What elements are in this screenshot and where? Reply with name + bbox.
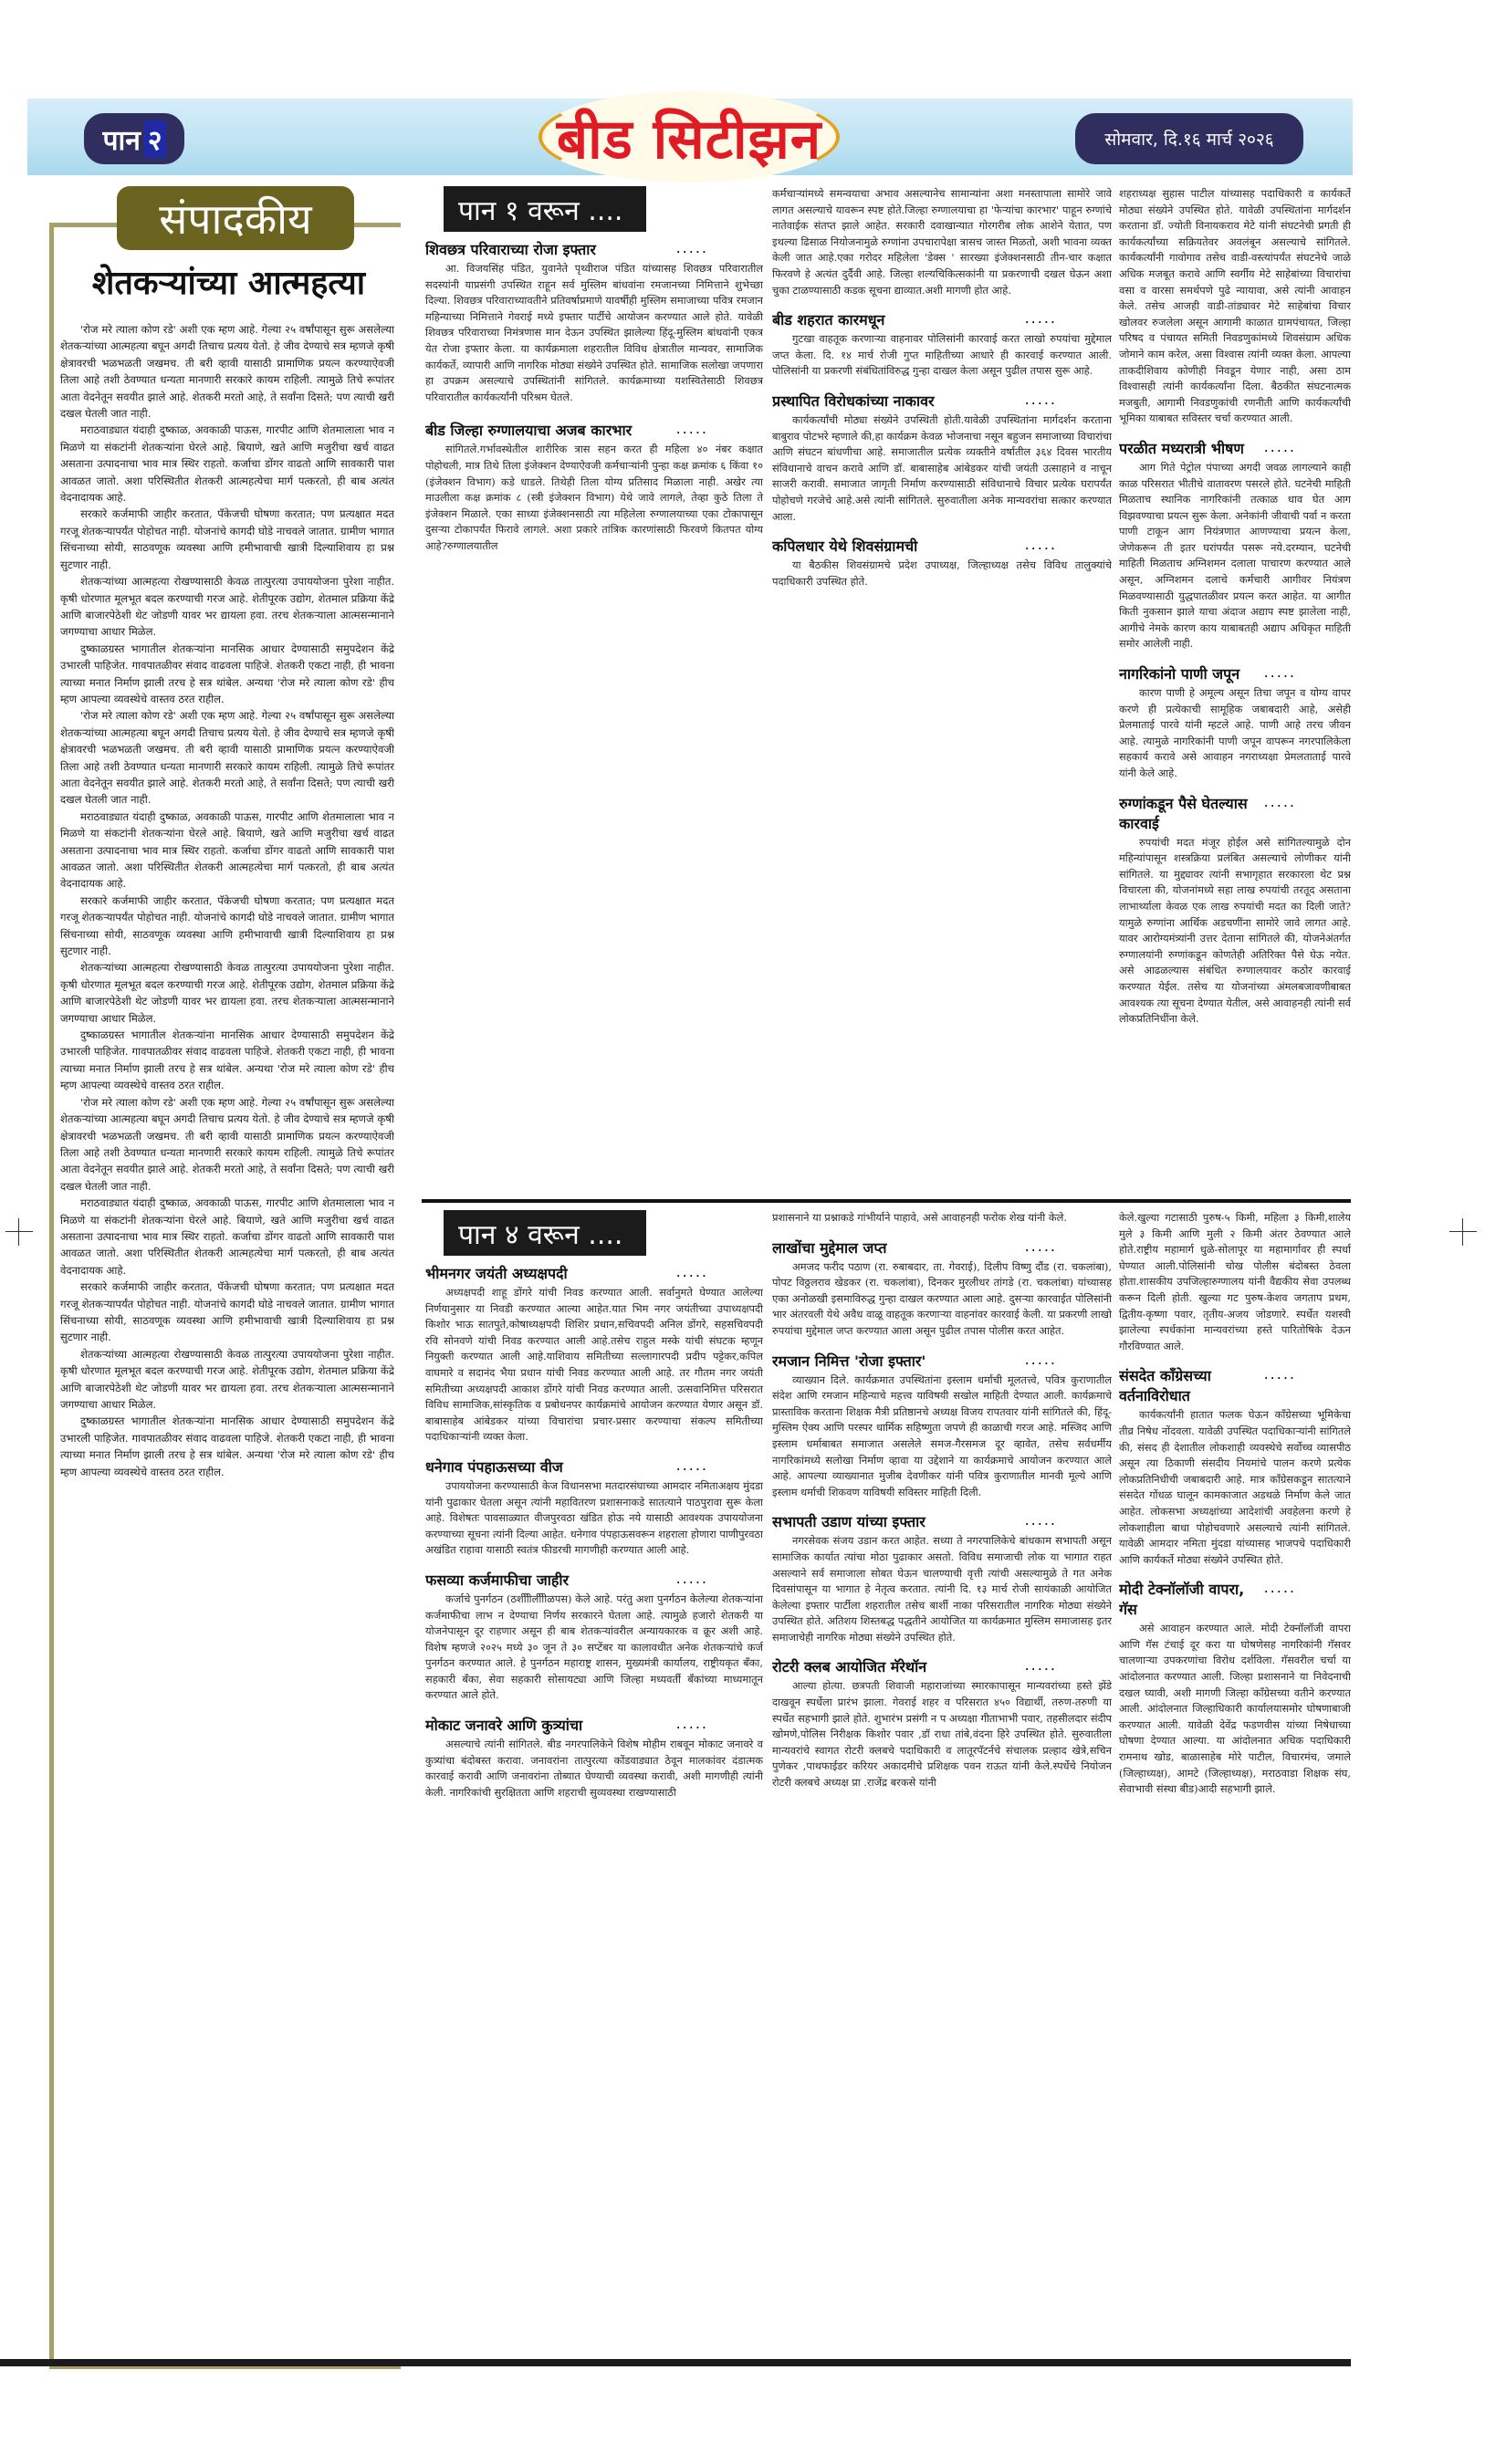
- article: परळीत मध्यरात्री भीषण..... आग गिते पेट्र…: [1119, 438, 1351, 653]
- p4-column-3: केले.खुल्या गटासाठी पुरुष-५ किमी, महिला …: [1119, 1210, 1351, 2354]
- registration-mark-left: [5, 1218, 33, 1246]
- page-bottom-rule: [0, 2359, 1351, 2366]
- article: रमजान निमित्त 'रोजा इफ्तार'..... व्याख्य…: [772, 1351, 1112, 1501]
- p4-column-1: भीमनगर जयंती अध्यक्षपदी..... अध्यक्षपदी …: [425, 1263, 763, 2354]
- article: कर्मचाऱ्यांमध्ये समन्वयाचा अभाव असल्याने…: [772, 186, 1112, 298]
- editorial-paragraph: मराठवाड्यात यंदाही दुष्काळ, अवकाळी पाऊस,…: [60, 1195, 394, 1279]
- editorial-paragraph: मराठवाड्यात यंदाही दुष्काळ, अवकाळी पाऊस,…: [60, 809, 394, 893]
- section-header-continued-from-page-4: पान ४ वरून ....: [444, 1210, 646, 1256]
- editorial-section: संपादकीय शेतकऱ्यांच्या आत्महत्या 'रोज मर…: [37, 186, 397, 2373]
- article-body: प्रशासनाने या प्रश्नाकडे गांभीर्याने पाह…: [772, 1210, 1112, 1227]
- article-headline: फसव्या कर्जमाफीचा जाहीर.....: [425, 1570, 763, 1590]
- section-divider: [422, 1199, 1351, 1203]
- article-headline: सभापती उडाण यांच्या इफ्तार.....: [772, 1511, 1112, 1531]
- editorial-paragraph: शेतकऱ्यांच्या आत्महत्या रोखण्यासाठी केवळ…: [60, 1346, 394, 1414]
- article-headline: शिवछत्र परिवाराच्या रोजा इफ्तार.....: [425, 239, 763, 259]
- article-headline: मोदी टेक्नॉलॉजी वापरा, गॅस.....: [1119, 1579, 1351, 1619]
- article-body: आग गिते पेट्रोल पंपाच्या अगदी जवळ लागल्य…: [1119, 460, 1351, 653]
- article: केले.खुल्या गटासाठी पुरुष-५ किमी, महिला …: [1119, 1210, 1351, 1354]
- article: बीड शहरात कारमधून..... गुटखा वाहतूक करणा…: [772, 309, 1112, 380]
- section-header-continued-from-page-1: पान १ वरून ....: [444, 186, 646, 232]
- article-body: असे आवाहन करण्यात आले. मोदी टेक्नॉलॉजी व…: [1119, 1621, 1351, 1798]
- article-body: अध्यक्षपदी शाहू डोंगरे यांची निवड करण्या…: [425, 1285, 763, 1446]
- article-body: आ. विजयसिंह पंडित, युवानेते पृथ्वीराज पं…: [425, 261, 763, 405]
- article-headline: रोटरी क्लब आयोजित मॅरेथॉन.....: [772, 1656, 1112, 1676]
- editorial-body: 'रोज मरे त्याला कोण रडे' अशी एक म्हण आहे…: [60, 321, 394, 2365]
- article-body: कर्मचाऱ्यांमध्ये समन्वयाचा अभाव असल्याने…: [772, 186, 1112, 298]
- article: शिवछत्र परिवाराच्या रोजा इफ्तार..... आ. …: [425, 239, 763, 405]
- article: मोदी टेक्नॉलॉजी वापरा, गॅस..... असे आवाह…: [1119, 1579, 1351, 1798]
- issue-date: सोमवार, दि.१६ मार्च २०२६: [1075, 113, 1303, 164]
- editorial-paragraph: 'रोज मरे त्याला कोण रडे' अशी एक म्हण आहे…: [60, 321, 394, 422]
- article-body: अमजद फरीद पठाण (रा. रुबाबदार, ता. गेवराई…: [772, 1259, 1112, 1340]
- article: मोकाट जनावरे आणि कुत्र्यांचा..... असल्या…: [425, 1715, 763, 1801]
- registration-mark-right: [1449, 1218, 1477, 1246]
- editorial-paragraph: दुष्काळग्रस्त भागातील शेतकऱ्यांना मानसिक…: [60, 1027, 394, 1094]
- article-body: व्याख्यान दिले. कार्यक्रमात उपस्थितांना …: [772, 1373, 1112, 1501]
- article: प्रशासनाने या प्रश्नाकडे गांभीर्याने पाह…: [772, 1210, 1112, 1227]
- article: बीड जिल्हा रुग्णालयाचा अजब कारभार..... स…: [425, 420, 763, 554]
- article-headline: धनेगाव पंपहाऊसच्या वीज.....: [425, 1456, 763, 1477]
- p1-column-1: शिवछत्र परिवाराच्या रोजा इफ्तार..... आ. …: [425, 239, 763, 1188]
- article: सभापती उडाण यांच्या इफ्तार..... नगरसेवक …: [772, 1511, 1112, 1645]
- editorial-paragraph: शेतकऱ्यांच्या आत्महत्या रोखण्यासाठी केवळ…: [60, 959, 394, 1027]
- article-headline: मोकाट जनावरे आणि कुत्र्यांचा.....: [425, 1715, 763, 1735]
- masthead: पान २ बीड सिटीझन सोमवार, दि.१६ मार्च २०२…: [27, 99, 1353, 175]
- article: संसदेत काँग्रेसच्या वर्तनाविरोधात..... क…: [1119, 1365, 1351, 1568]
- editorial-paragraph: सरकारे कर्जमाफी जाहीर करतात, पॅकेजची घोष…: [60, 506, 394, 573]
- editorial-paragraph: मराठवाड्यात यंदाही दुष्काळ, अवकाळी पाऊस,…: [60, 422, 394, 506]
- newspaper-logo: बीड सिटीझन: [539, 91, 840, 183]
- editorial-paragraph: सरकारे कर्जमाफी जाहीर करतात, पॅकेजची घोष…: [60, 1279, 394, 1346]
- article-body: कार्यकर्त्यांची मोठ्या संख्येने उपस्थिती…: [772, 412, 1112, 525]
- article-headline: लाखोंचा मुद्देमाल जप्त.....: [772, 1237, 1112, 1258]
- article: रोटरी क्लब आयोजित मॅरेथॉन..... आल्या होत…: [772, 1656, 1112, 1791]
- article-headline: रुग्णांकडून पैसे घेतल्यास कारवाई.....: [1119, 793, 1351, 833]
- article-body: सांगितले.गर्भावस्थेतील शारीरिक त्रास सहन…: [425, 442, 763, 554]
- article-body: या बैठकीस शिवसंग्रामचे प्रदेश उपाध्यक्ष,…: [772, 558, 1112, 590]
- article-headline: संसदेत काँग्रेसच्या वर्तनाविरोधात.....: [1119, 1365, 1351, 1405]
- page-number-badge: पान २: [84, 113, 184, 164]
- article-body: केले.खुल्या गटासाठी पुरुष-५ किमी, महिला …: [1119, 1210, 1351, 1354]
- editorial-paragraph: 'रोज मरे त्याला कोण रडे' अशी एक म्हण आहे…: [60, 1094, 394, 1195]
- article-body: कर्जाचे पुनर्गठन (ठशीीीलीीीळपस) केले आहे…: [425, 1592, 763, 1704]
- article-body: उपाययोजना करण्यासाठी केज विधानसभा मतदारस…: [425, 1478, 763, 1559]
- editorial-paragraph: 'रोज मरे त्याला कोण रडे' अशी एक म्हण आहे…: [60, 707, 394, 808]
- article-headline: प्रस्थापित विरोधकांच्या नाकावर.....: [772, 391, 1112, 411]
- editorial-title: शेतकऱ्यांच्या आत्महत्या: [62, 259, 395, 304]
- article: नागरिकांनो पाणी जपून..... कारण पाणी हे अ…: [1119, 663, 1351, 782]
- article: भीमनगर जयंती अध्यक्षपदी..... अध्यक्षपदी …: [425, 1263, 763, 1446]
- article: धनेगाव पंपहाऊसच्या वीज..... उपाययोजना कर…: [425, 1456, 763, 1559]
- article-body: असल्याचे त्यांनी सांगितले. बीड नगरपालिके…: [425, 1737, 763, 1801]
- page-number: २: [144, 120, 166, 158]
- article: शहराध्यक्ष सुहास पाटील यांच्यासह पदाधिका…: [1119, 186, 1351, 427]
- p4-column-2: प्रशासनाने या प्रश्नाकडे गांभीर्याने पाह…: [772, 1210, 1112, 2354]
- article: फसव्या कर्जमाफीचा जाहीर..... कर्जाचे पुन…: [425, 1570, 763, 1704]
- article-body: कार्यकर्त्यांनी हातात फलक घेऊन काँग्रेसच…: [1119, 1407, 1351, 1568]
- article-headline: बीड शहरात कारमधून.....: [772, 309, 1112, 329]
- article: रुग्णांकडून पैसे घेतल्यास कारवाई..... रु…: [1119, 793, 1351, 1028]
- editorial-label: संपादकीय: [117, 186, 354, 250]
- article: कपिलधार येथे शिवसंग्रामची..... या बैठकीस…: [772, 536, 1112, 590]
- article-body: रुपयांची मदत मंजूर होईल असे सांगितल्यामु…: [1119, 835, 1351, 1028]
- article-headline: भीमनगर जयंती अध्यक्षपदी.....: [425, 1263, 763, 1283]
- article-headline: कपिलधार येथे शिवसंग्रामची.....: [772, 536, 1112, 556]
- article-headline: परळीत मध्यरात्री भीषण.....: [1119, 438, 1351, 458]
- page-label: पान: [102, 120, 140, 158]
- editorial-paragraph: दुष्काळग्रस्त भागातील शेतकऱ्यांना मानसिक…: [60, 641, 394, 708]
- newspaper-name: बीड सिटीझन: [557, 99, 821, 174]
- article-headline: बीड जिल्हा रुग्णालयाचा अजब कारभार.....: [425, 420, 763, 440]
- article-headline: नागरिकांनो पाणी जपून.....: [1119, 663, 1351, 684]
- article-body: आल्या होत्या. छत्रपती शिवाजी महाराजांच्य…: [772, 1678, 1112, 1791]
- article-body: नगरसेवक संजय उडान करत आहेत. सध्या ते नगर…: [772, 1533, 1112, 1645]
- p1-column-3: शहराध्यक्ष सुहास पाटील यांच्यासह पदाधिका…: [1119, 186, 1351, 1188]
- editorial-paragraph: दुष्काळग्रस्त भागातील शेतकऱ्यांना मानसिक…: [60, 1413, 394, 1480]
- article: लाखोंचा मुद्देमाल जप्त..... अमजद फरीद पठ…: [772, 1237, 1112, 1340]
- p1-column-2: कर्मचाऱ्यांमध्ये समन्वयाचा अभाव असल्याने…: [772, 186, 1112, 1188]
- article-body: शहराध्यक्ष सुहास पाटील यांच्यासह पदाधिका…: [1119, 186, 1351, 427]
- editorial-paragraph: सरकारे कर्जमाफी जाहीर करतात, पॅकेजची घोष…: [60, 893, 394, 960]
- article: प्रस्थापित विरोधकांच्या नाकावर..... कार्…: [772, 391, 1112, 525]
- article-body: कारण पाणी हे अमूल्य असून तिचा जपून व योग…: [1119, 685, 1351, 782]
- editorial-paragraph: शेतकऱ्यांच्या आत्महत्या रोखण्यासाठी केवळ…: [60, 573, 394, 641]
- article-headline: रमजान निमित्त 'रोजा इफ्तार'.....: [772, 1351, 1112, 1371]
- article-body: गुटखा वाहतूक करणाऱ्या वाहनावर पोलिसांनी …: [772, 331, 1112, 380]
